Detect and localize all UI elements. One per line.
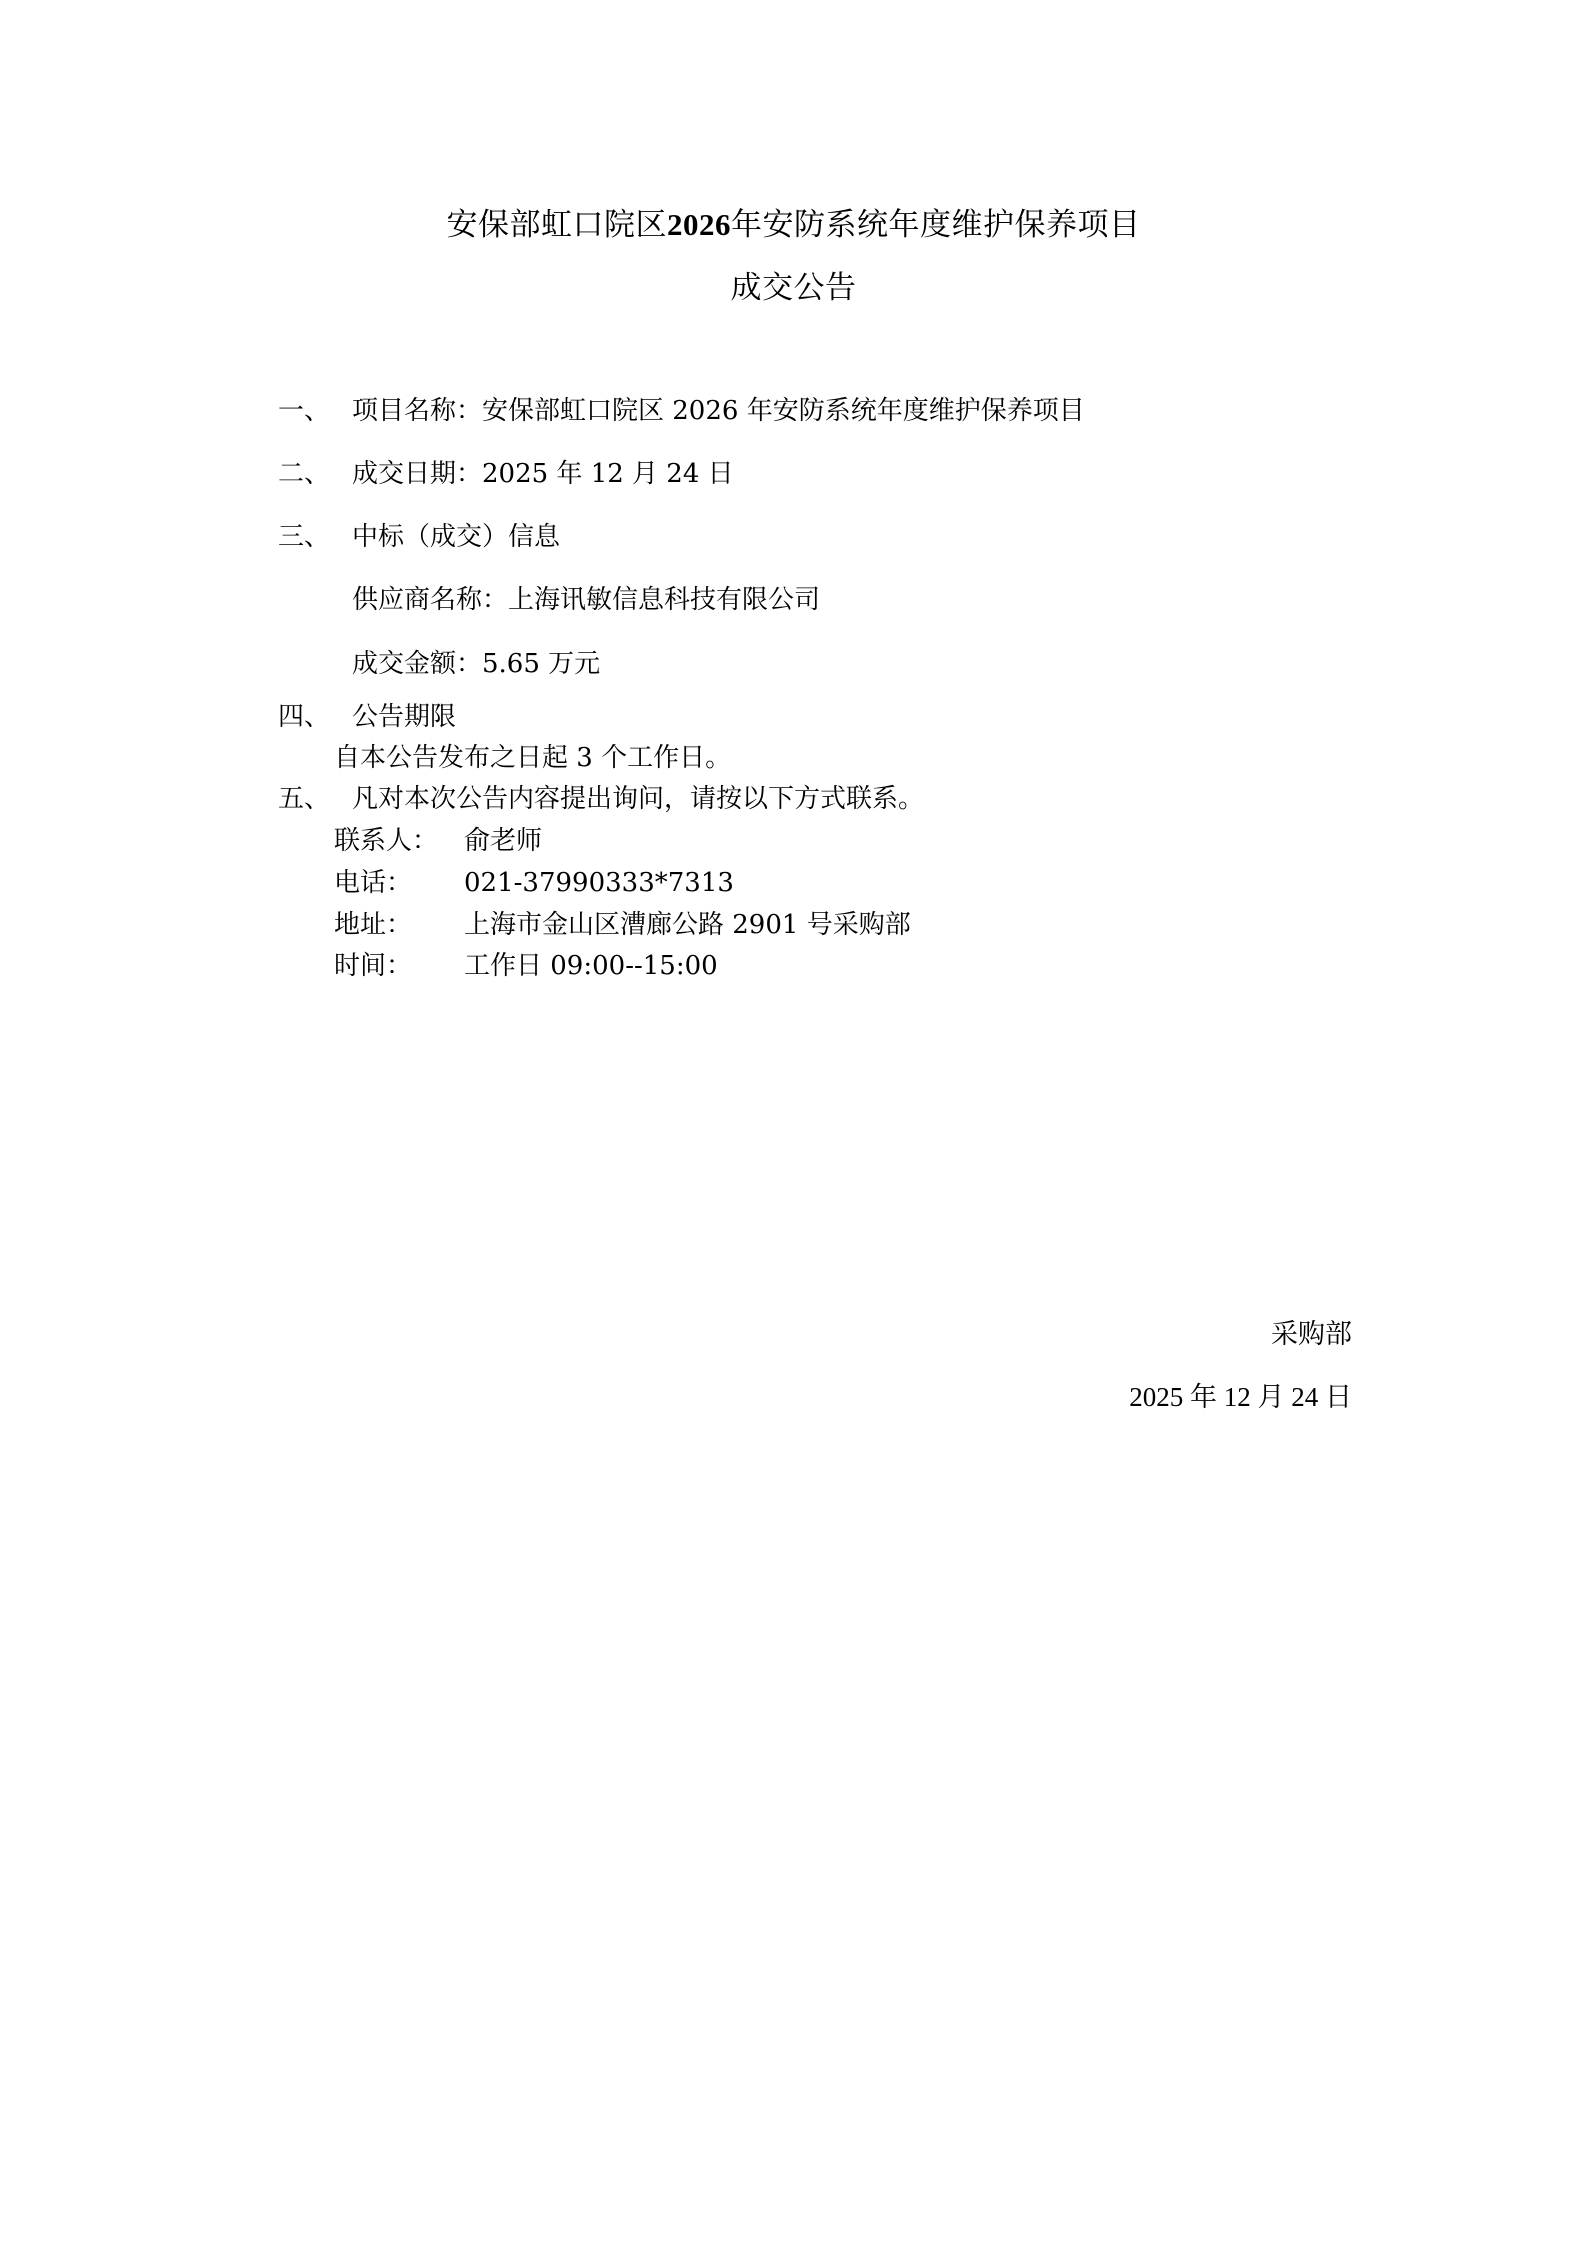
- section-number: 一、: [278, 394, 330, 428]
- contact-label: 时间：: [334, 949, 412, 983]
- section-number: 三、: [278, 520, 330, 554]
- contact-hours: 工作日 09:00--15:00: [464, 949, 718, 983]
- section-number: 四、: [278, 700, 330, 734]
- notice-period-detail: 自本公告发布之日起 3 个工作日。: [334, 741, 731, 775]
- title-prefix: 安保部虹口院区: [447, 207, 668, 242]
- contact-address: 上海市金山区漕廊公路 2901 号采购部: [464, 908, 911, 942]
- signature-date: 2025 年 12 月 24 日: [1129, 1379, 1352, 1415]
- section-text: 公告期限: [352, 700, 456, 734]
- contact-label: 联系人：: [334, 824, 438, 858]
- contact-phone: 021-37990333*7313: [464, 866, 734, 900]
- document-page: 安保部虹口院区2026年安防系统年度维护保养项目 成交公告 一、 项目名称：安保…: [0, 0, 1587, 2245]
- signature-department: 采购部: [1271, 1316, 1352, 1352]
- section-text: 成交日期：2025 年 12 月 24 日: [352, 457, 734, 491]
- title-suffix: 年安防系统年度维护保养项目: [731, 207, 1141, 242]
- document-subtitle: 成交公告: [0, 268, 1587, 308]
- section-number: 五、: [278, 782, 330, 816]
- title-year: 2026: [667, 207, 731, 242]
- contact-person: 俞老师: [464, 824, 542, 858]
- deal-amount: 成交金额：5.65 万元: [352, 647, 600, 681]
- document-title: 安保部虹口院区2026年安防系统年度维护保养项目: [0, 205, 1587, 245]
- section-text: 凡对本次公告内容提出询问，请按以下方式联系。: [352, 782, 924, 816]
- contact-label: 电话：: [334, 866, 412, 900]
- supplier-name: 供应商名称：上海讯敏信息科技有限公司: [352, 583, 820, 617]
- section-text: 项目名称：安保部虹口院区 2026 年安防系统年度维护保养项目: [352, 394, 1085, 428]
- section-number: 二、: [278, 457, 330, 491]
- contact-label: 地址：: [334, 908, 412, 942]
- section-text: 中标（成交）信息: [352, 520, 560, 554]
